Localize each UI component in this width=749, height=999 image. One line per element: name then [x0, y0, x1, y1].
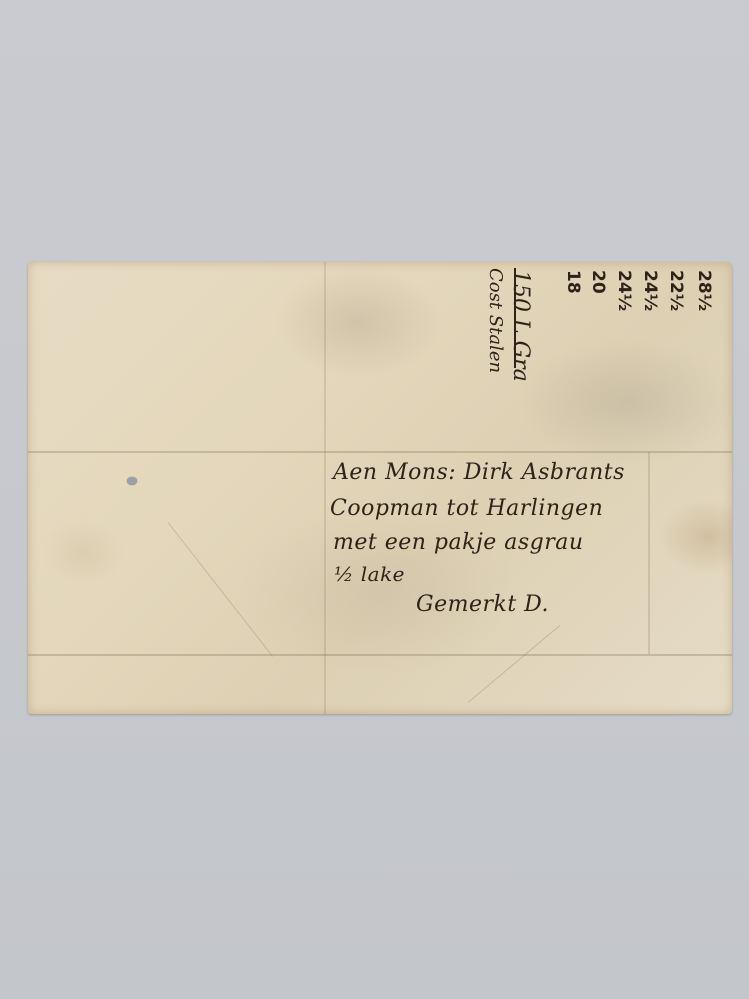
- margin-sum-label: 150 L Gra: [508, 270, 533, 382]
- address-line-contents: met een pakje asgrau: [333, 530, 584, 555]
- letter-paper: Aen Mons: Dirk Asbrants Coopman tot Harl…: [28, 262, 732, 714]
- tally-value: 18: [563, 270, 583, 294]
- sum-rule: [514, 268, 516, 368]
- crease: [468, 625, 561, 703]
- fold-line-upper: [28, 451, 732, 453]
- address-line-recipient: Aen Mons: Dirk Asbrants: [333, 460, 625, 485]
- tally-value: 24½: [614, 270, 634, 311]
- tally-value: 24½: [640, 270, 660, 311]
- tally-value: 20: [588, 270, 608, 294]
- tally-value: 28½: [694, 270, 714, 311]
- fold-line-lower: [28, 654, 732, 656]
- crease: [168, 522, 273, 657]
- paper-hole: [127, 477, 137, 485]
- fold-line-vertical-right: [648, 452, 650, 654]
- address-line-mark: Gemerkt D.: [416, 592, 549, 617]
- address-line-occupation: Coopman tot Harlingen: [330, 496, 603, 521]
- fold-line-vertical-left: [324, 262, 326, 714]
- margin-note-rotated: Cost Stalen: [485, 268, 506, 373]
- address-line-quantity: ½ lake: [334, 562, 405, 586]
- tally-value: 22½: [666, 270, 686, 311]
